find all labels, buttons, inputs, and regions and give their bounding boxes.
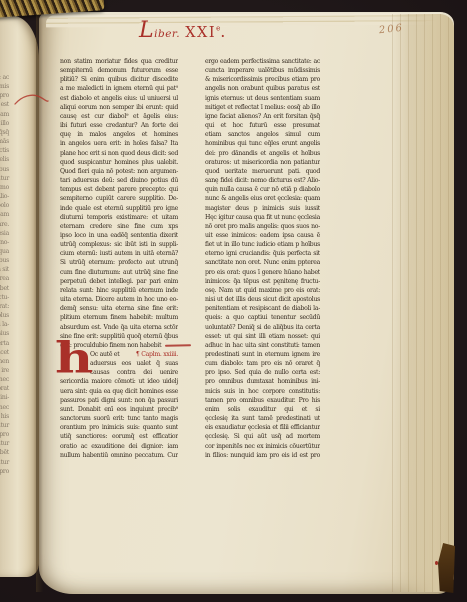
text-line: ęcclesię ita sunt tamē predestinati ut p…	[0, 430, 9, 439]
text-line: ibi futuri esse credantur? An forte dei …	[60, 121, 178, 130]
chapter-opening-line: Oc autē et ¶ Caplm. xxiiii.	[90, 350, 178, 359]
text-line: passuros pati digni sunt: non q̄a passur…	[60, 396, 178, 405]
text-line: utrūq̄ complexus: sic ibūt isti in suppl…	[60, 240, 178, 249]
text-line: nunc & angelis eius oret ęcclesia: quam	[205, 194, 320, 203]
text-line: fiet ut in illo tunc iudicio etiam p hoī…	[205, 240, 320, 249]
right-column-lines: ergo eadem perfectissima sanctitate: acc…	[205, 57, 320, 460]
book-heading: Liber. XXIe.	[139, 22, 225, 41]
text-line: queis: a quo captiui tenentur secūdū ips…	[0, 329, 9, 338]
text-line: oraturos: ut misericordia non patiantur	[0, 174, 9, 183]
book-heading-word: Liber.	[139, 24, 180, 41]
text-line: hominibus qui tunc eq̄les erunt angelis	[0, 155, 9, 164]
text-line: causę est cur diabol⁹ et āgelis eius: se…	[60, 112, 178, 121]
text-line: demq̄ sensu: uita eterna sine fine erit:…	[60, 304, 178, 313]
text-line: ęcclesię. Si qui aūt usq̄ ad mortem habē…	[205, 432, 320, 441]
text-line: & misericordissimis precibus etiam pro	[0, 91, 9, 100]
text-line: eternam credere sine fine cum xps eodem	[60, 222, 178, 231]
text-line: cuncta imperare ualētibus mūdissimis	[0, 82, 9, 91]
text-line: diuturni temporis existimare: et uitam	[60, 213, 178, 222]
text-line: micis suis in hoc corpore constitutis: n…	[205, 387, 320, 396]
text-line: penitentiam et resipiscant de diaboli la…	[0, 320, 9, 329]
text-line: tamen pro omnibus exauditur. Pro his	[0, 412, 9, 421]
text-line: pro ipso. Sed quia de nullo certa est: o…	[205, 368, 320, 377]
text-line: sempiternū demonum futurorum esse sup-	[60, 66, 178, 75]
text-line: in filios: nunquid iam pro eis id est pr…	[205, 451, 320, 460]
text-line: inde quale est eternū supplitiū pro igne	[60, 204, 178, 213]
text-line: Quod fieri quia nō potest: non argumen-	[60, 167, 178, 176]
text-line: etiam sanctos angelos simul cum sanctis	[205, 130, 320, 139]
text-line: pro eis orat: quos ī genere hūano habet	[0, 284, 9, 293]
text-line: dei: pro dānandis et angelis et hoībus	[0, 165, 9, 174]
text-line: fiet ut in illo tunc iudicio etiam p hoī…	[0, 256, 9, 265]
text-line: perpetuū debet intellegi. par pari enim	[60, 277, 178, 286]
book-heading-numeral: XXI	[185, 25, 216, 41]
text-line: ergo eadem perfectissima sanctitate: ac	[205, 57, 320, 66]
red-margin-squiggle	[14, 92, 50, 108]
text-line: aliqui eorum non semper ibi erunt: quid	[60, 103, 178, 112]
text-line: Hęc igitur causa qua fit ut nunc ęcclesi…	[205, 213, 320, 222]
text-line: inimicos: q̄a tēpus est pęnitenę fructu-	[205, 277, 320, 286]
text-line: adhuc in hac uita sint constituti: tamen	[0, 357, 9, 366]
text-line: igne faciat alienos? An erit forsitan q̄…	[0, 128, 9, 137]
text-line: penitentiam et resipiscant de diaboli la…	[205, 304, 320, 313]
text-line: nō oret pro malis angelis: quos suos no-	[0, 238, 9, 247]
text-line: predestinati sunt in eternum ignem ire	[205, 350, 320, 359]
text-line: queis: a quo captiui tenentur secūdū ips…	[205, 313, 320, 322]
text-line: hominibus qui tunc eq̄les erunt angelis	[205, 139, 320, 148]
text-line: ipso loco in una eadēq̄ sententia dixeri…	[60, 231, 178, 240]
text-line: ignis eternus: ut deus sententiam suam	[205, 94, 320, 103]
text-line: enim solis exauditur qui et si aduersant…	[0, 421, 9, 430]
text-line: quin nulla causa ē cur nō etiā p diabolo	[205, 185, 320, 194]
text-line: oratio ac exauditione dei dignior: iam	[60, 442, 178, 451]
text-line: uit esse inimicos: eadem ipsa causa ē qu…	[0, 247, 9, 256]
text-line: Hęc igitur causa qua fit ut nunc ęcclesi…	[0, 229, 9, 238]
text-line: quę in malos angelos et homines pferetur…	[60, 130, 178, 139]
text-line: aduersus eos ualet q̄ suas agētes	[90, 359, 178, 368]
text-line: pro omnibus dumtaxat hominibus ini-	[0, 393, 9, 402]
text-line: inimicos: q̄a tēpus est pęnitenę fructu-	[0, 293, 9, 302]
text-line: cum diabolo: tam pro eis nō oraret q̄ ne…	[205, 359, 320, 368]
text-line: nisi ut det illis deus sicut dicit apost…	[205, 295, 320, 304]
text-line: quin nulla causa ē cur nō etiā p diabolo	[0, 201, 9, 210]
text-line: tamen pro omnibus exauditur. Pro his	[205, 396, 320, 405]
text-line: in angelos uera erit: in hoīes falsa? It…	[60, 139, 178, 148]
text-line: tari aduersus deū: sed diuino potius dū	[60, 176, 178, 185]
text-line: sanę fidei dicit: nemo dicturus est? Ali…	[0, 192, 9, 201]
text-line: ergo eadem perfectissima sanctitate: ac	[0, 73, 9, 82]
text-line: & misericordissimis precibus etiam pro	[205, 75, 320, 84]
text-line: nisi ut det illis deus sicut dicit apost…	[0, 311, 9, 320]
text-line: pro ipso. Sed quia de nullo certa est: o…	[0, 384, 9, 393]
text-line: plitium eternum finem habebit: multum	[60, 313, 178, 322]
text-line: uoluntatē? Deniq̄ si de aliq̄bus ita cer…	[0, 339, 9, 348]
left-column-lines-b: sericordia maiore cōmoti: ut ideo uidelj…	[60, 377, 178, 459]
text-line: magister deus p inimicis suis iussit ora…	[205, 204, 320, 213]
text-line: nullum habentiū omnino peccatum. Cur	[60, 451, 178, 460]
text-line: eterno igni cruciandis: q̄uis perfecta s…	[0, 265, 9, 274]
text-line: qui et hoc futurū esse presumat affirmās	[0, 137, 9, 146]
text-line: eterno igni cruciandis: q̄uis perfecta s…	[205, 249, 320, 258]
text-line: quod suspicantur homines plus ualebit.	[60, 158, 178, 167]
text-line: esset: ut qui sint illi etiam nosset: qu…	[205, 332, 320, 341]
text-line: cor inpenitēs nec ex inimicis cōuertūtur	[205, 442, 320, 451]
facing-page-text-fragments: ergo eadem perfectissima sanctitate: acc…	[0, 73, 10, 477]
book-heading-punctuation: .	[220, 22, 225, 41]
text-line: ęcclesię ita sunt tamē predestinati ut p…	[205, 414, 320, 423]
chapter-rubric: ¶ Caplm. xxiiii.	[136, 350, 178, 359]
text-line: tempus est debent parere precepto: qui	[60, 185, 178, 194]
page-edge-stack-right	[392, 14, 454, 592]
text-line: orantium pro inimicis suis: quanto sunt	[60, 423, 178, 432]
text-line: eis exaudiatur ęcclesia et filii efficia…	[0, 439, 9, 448]
text-line: dei: pro dānandis et angelis et hoībus	[205, 149, 320, 158]
text-line: cium eternū: iusti autem in uitā eternā?	[60, 249, 178, 258]
text-line: uit esse inimicos: eadem ipsa causa ē qu…	[205, 231, 320, 240]
text-line: uita eterna. Dicere autem in hoc uno eo-	[60, 295, 178, 304]
text-column-right: ergo eadem perfectissima sanctitate: acc…	[205, 57, 320, 460]
text-line: absurdum est. Vnde q̄a uita eterna sctōr	[60, 323, 178, 332]
text-line: igne faciat alienos? An erit forsitan q̄…	[205, 112, 320, 121]
chapter-opening-text: Oc autē et	[90, 350, 119, 359]
text-line: predestinati sunt in eternum ignem ire	[0, 366, 9, 375]
text-line: sanctorum suorū erit: tunc tanto magis	[60, 414, 178, 423]
text-line: pro omnibus dumtaxat hominibus ini-	[205, 377, 320, 386]
text-line: est diabolo et angelis eius: ul uniuersi…	[60, 94, 178, 103]
text-line: etiam sanctos angelos simul cum sanctis	[0, 146, 9, 155]
red-damage-speck	[435, 561, 438, 565]
text-line: sanctitate non oret. Nunc enim ppterea	[205, 258, 320, 267]
text-line: quod ueritate meruerunt pati. quod nemo	[205, 167, 320, 176]
text-line: nunc & angelis eius oret ęcclesia: quam	[0, 210, 9, 219]
text-line: uera sint: quia ea quę dicit homines ess…	[60, 387, 178, 396]
text-line: pro eis orat: quos ī genere hūano habet	[205, 268, 320, 277]
rubricated-initial: h	[55, 341, 93, 377]
text-line: mitiget et reflectat ī melius: eosq̄ ab …	[205, 103, 320, 112]
text-line: mitiget et reflectat ī melius: eosq̄ ab …	[0, 119, 9, 128]
red-line-filler	[165, 344, 191, 346]
text-line: cuncta imperare ualētibus mūdissimis	[205, 66, 320, 75]
text-line: sanę fidei dicit: nemo dicturus est? Ali…	[205, 176, 320, 185]
text-line: in filios: nunquid iam pro eis id est pr…	[0, 467, 9, 476]
text-column-left: non statim moriatur fides qua crediturse…	[60, 57, 178, 460]
text-line: uoluntatē? Deniq̄ si de aliq̄bus ita cer…	[205, 323, 320, 332]
text-line: adhuc in hac uita sint constituti: tamen	[205, 341, 320, 350]
text-line: plane hoc erit si non quod deus dicit: s…	[60, 149, 178, 158]
text-line: cor inpenitēs nec ex inimicis cōuertūtur	[0, 458, 9, 467]
text-line: ęcclesię. Si qui aūt usq̄ ad mortem habē…	[0, 448, 9, 457]
text-line: utiq̄ sanctiores: eorumq̄ est efficatior	[60, 432, 178, 441]
text-line: osę. Nam ut quid maxime pro eis orat:	[0, 302, 9, 311]
text-line: sanctitate non oret. Nunc enim ppterea	[0, 274, 9, 283]
text-line: qui et hoc futurū esse presumat affirmās	[205, 121, 320, 130]
text-line: cum fine diuturnum: aut utrūq̄ sine fine	[60, 268, 178, 277]
text-line: cum diabolo: tam pro eis nō oraret q̄ ne…	[0, 375, 9, 384]
text-line: plitiū? Si enim quibus dicitur discedite	[60, 75, 178, 84]
text-line: micis suis in hoc corpore constitutis: n…	[0, 403, 9, 412]
text-line: ignis eternus: ut deus sententiam suam	[0, 110, 9, 119]
text-line: magister deus p inimicis suis iussit ora…	[0, 220, 9, 229]
left-column-lines-a: non statim moriatur fides qua crediturse…	[60, 57, 178, 341]
text-line: sunt. Donabit enī eos inquiunt precib⁹	[60, 405, 178, 414]
text-line: oraturos: ut misericordia non patiantur	[205, 158, 320, 167]
text-line: relata sunt: hinc supplitiū eternum inde	[60, 286, 178, 295]
text-line: Si utrūq̄ eternum: profecto aut utrunq̄	[60, 258, 178, 267]
text-line: angelis non orabunt quibus paratus est	[205, 84, 320, 93]
text-line: angelis non orabunt quibus paratus est	[0, 100, 9, 109]
text-line: non statim moriatur fides qua creditur	[60, 57, 178, 66]
text-line: sempiterno cupiūt carere supplitio. De-	[60, 194, 178, 203]
text-line: esset: ut qui sint illi etiam nosset: qu…	[0, 348, 9, 357]
book-photograph: ergo eadem perfectissima sanctitate: acc…	[0, 0, 467, 602]
text-line: a me maledicti in ignem eternū qui pat⁹	[60, 84, 178, 93]
text-line: enim solis exauditur qui et si aduersant…	[205, 405, 320, 414]
text-line: nō oret pro malis angelis: quos suos no-	[205, 222, 320, 231]
text-line: causas contra dei uenire uerba uelut mi-	[90, 368, 178, 377]
text-line: osę. Nam ut quid maxime pro eis orat:	[205, 286, 320, 295]
text-line: quod ueritate meruerunt pati. quod nemo	[0, 183, 9, 192]
text-line: eis exaudiatur ęcclesia et filii efficia…	[205, 423, 320, 432]
